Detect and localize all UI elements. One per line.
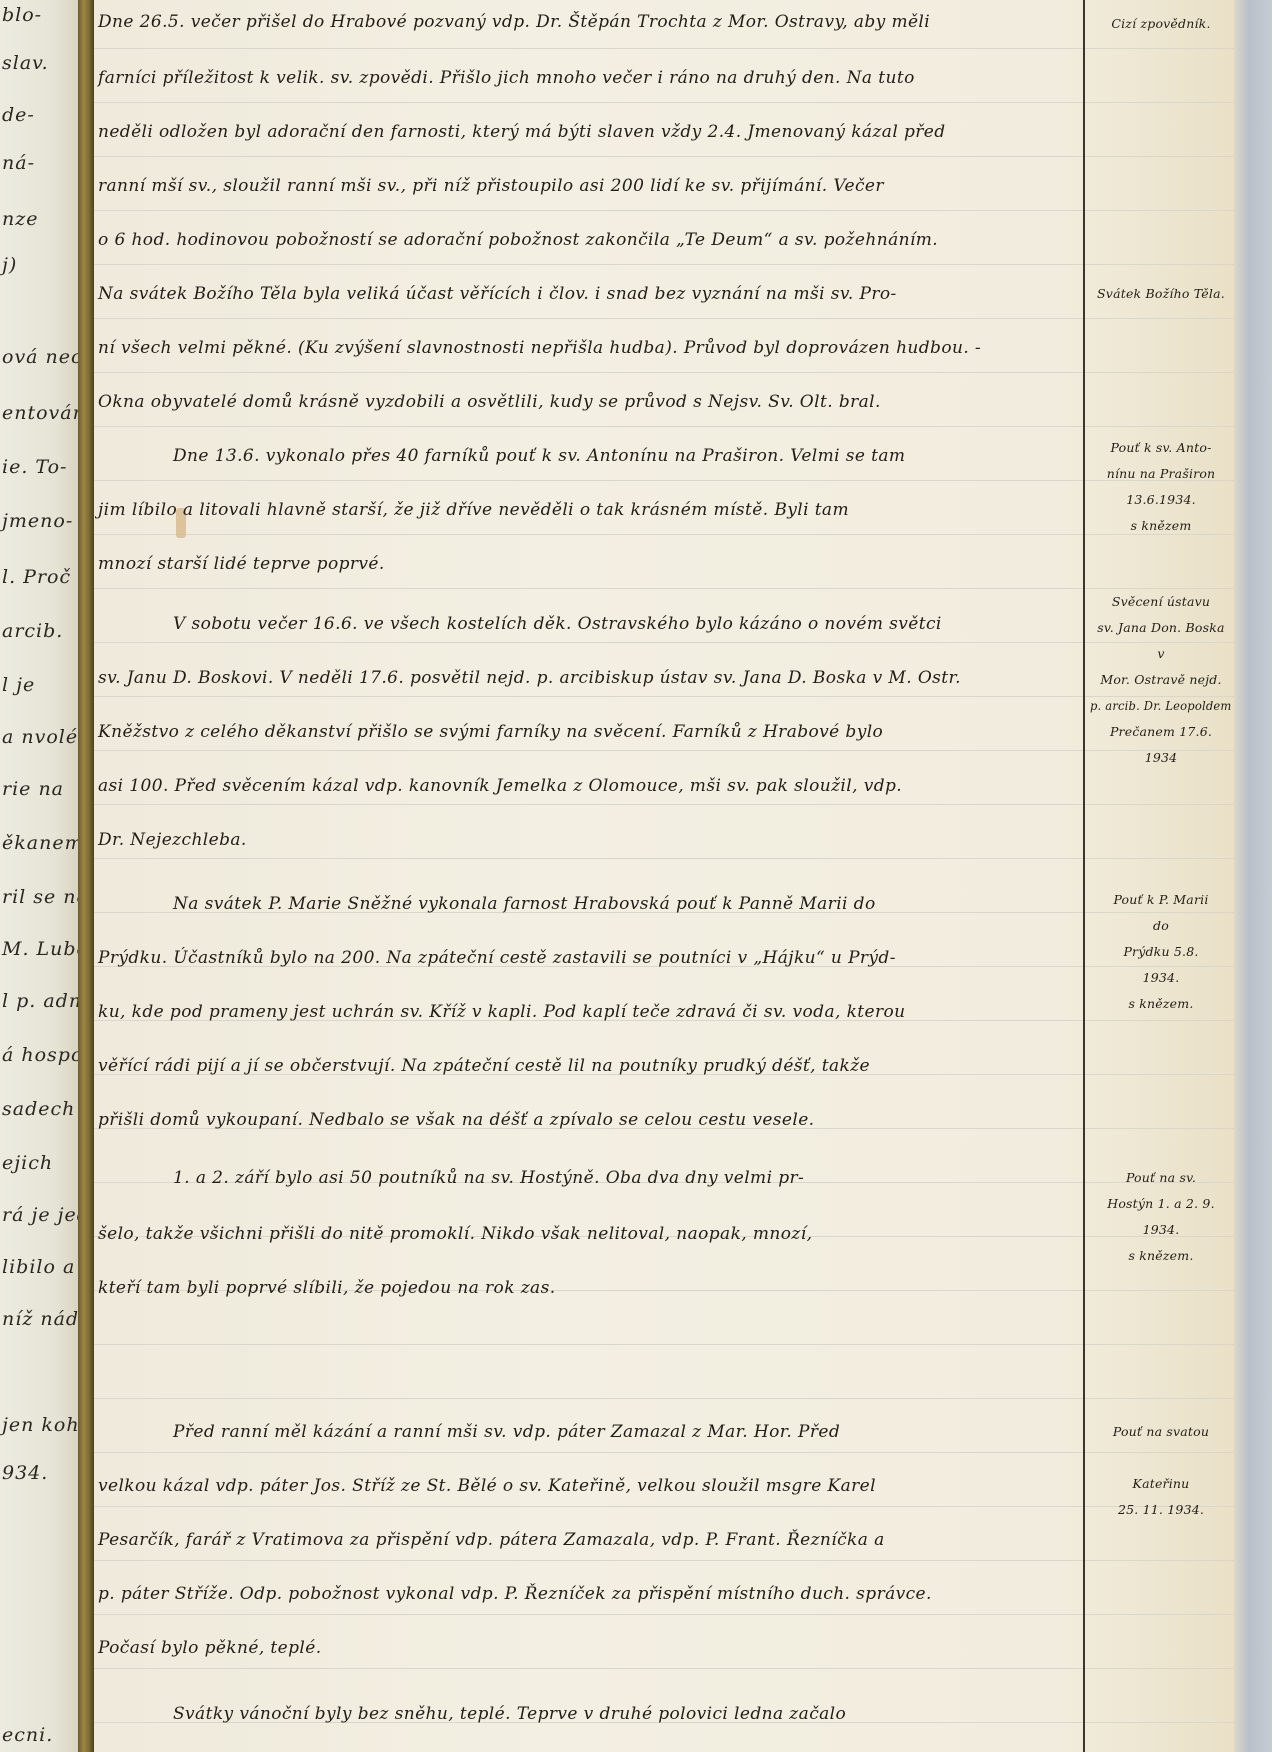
left-page-text-fragment: slav. [2,52,49,74]
chronicle-text-line: kteří tam byli poprvé slíbili, že pojedo… [98,1278,1078,1298]
chronicle-text-line: V sobotu večer 16.6. ve všech kostelích … [98,614,1078,634]
ruled-line [94,1668,1234,1669]
book-binding-gutter [78,0,94,1752]
margin-note-line: Pouť k sv. Anto- [1090,440,1232,455]
left-page-text-fragment: rie na [2,778,64,800]
margin-note-line: Svěcení ústavu [1090,594,1232,609]
chronicle-text-line: věřící rádi pijí a jí se občerstvují. Na… [98,1056,1078,1076]
left-page-text-fragment: ěkanem [2,832,78,854]
chronicle-text-line: přišli domů vykoupaní. Nedbalo se však n… [98,1110,1078,1130]
chronicle-text-line: Prýdku. Účastníků bylo na 200. Na zpáteč… [98,948,1078,968]
ruled-line [94,264,1234,265]
left-page-text-fragment: l je [2,674,35,696]
chronicle-text-line: ranní mší sv., sloužil ranní mši sv., př… [98,176,1078,196]
left-page-text-fragment: l p. admi [2,990,78,1012]
chronicle-text-line: o 6 hod. hodinovou pobožností se adoračn… [98,230,1078,250]
left-page-text-fragment: níž nádh [2,1308,78,1330]
margin-divider-line [1083,0,1085,1752]
left-page-text-fragment: l. Proč [2,566,71,588]
left-page-text-fragment: 934. [2,1462,48,1484]
left-page-text-fragment: ová neo [2,346,78,368]
margin-note-line: s knězem. [1090,996,1232,1011]
margin-note-line: Cizí zpovědník. [1090,16,1232,31]
margin-note-line: v [1090,646,1232,661]
left-page-text-fragment: libilo a [2,1256,75,1278]
margin-note-line: Mor. Ostravě nejd. [1090,672,1232,687]
chronicle-text-line: 1. a 2. září bylo asi 50 poutníků na sv.… [98,1168,1078,1188]
ruled-line [94,156,1234,157]
chronicle-text-line: jim líbilo a litovali hlavně starší, že … [98,500,1078,520]
chronicle-text-line: Svátky vánoční byly bez sněhu, teplé. Te… [98,1704,1078,1724]
chronicle-text-line: p. páter Stříže. Odp. pobožnost vykonal … [98,1584,1078,1604]
margin-note-line: 25. 11. 1934. [1090,1502,1232,1517]
ruled-line [94,480,1234,481]
left-page-text-fragment: ejich [2,1152,53,1174]
left-page-text-fragment: á hospoda [2,1044,78,1066]
margin-note-line: 13.6.1934. [1090,492,1232,507]
margin-note-line: s knězem. [1090,1248,1232,1263]
ruled-line [94,1344,1234,1345]
left-page-text-fragment: de- [2,104,35,126]
ruled-line [94,372,1234,373]
chronicle-text-line: farníci příležitost k velik. sv. zpovědi… [98,68,1078,88]
left-page-text-fragment: ná- [2,152,35,174]
margin-note-line: 1934. [1090,1222,1232,1237]
ruled-line [94,588,1234,589]
ruled-line [94,534,1234,535]
left-page-text-fragment: jen koho [2,1414,78,1436]
chronicle-text-line: Kněžstvo z celého děkanství přišlo se sv… [98,722,1078,742]
left-page-text-fragment: rá je jed [2,1204,78,1226]
ruled-line [94,318,1234,319]
ruled-line [94,210,1234,211]
left-page-text-fragment: nze [2,208,39,230]
left-page-text-fragment: arcib. [2,620,63,642]
chronicle-text-line: sv. Janu D. Boskovi. V neděli 17.6. posv… [98,668,1078,688]
chronicle-text-line: Dne 13.6. vykonalo přes 40 farníků pouť … [98,446,1078,466]
chronicle-text-line: Před ranní měl kázání a ranní mši sv. vd… [98,1422,1078,1442]
ruled-line [94,804,1234,805]
ruled-line [94,1506,1234,1507]
ruled-line [94,858,1234,859]
chronicle-text-line: mnozí starší lidé teprve poprvé. [98,554,1078,574]
chronicle-text-line: velkou kázal vdp. páter Jos. Stříž ze St… [98,1476,1078,1496]
margin-note-line: Prýdku 5.8. [1090,944,1232,959]
margin-note-line: Svátek Božího Těla. [1090,286,1232,301]
margin-note-line: Pouť k P. Marii [1090,892,1232,907]
margin-note-line: s knězem [1090,518,1232,533]
ruled-line [94,1560,1234,1561]
margin-note-line: Pouť na sv. [1090,1170,1232,1185]
chronicle-text-line: Pesarčík, farář z Vratimova za přispění … [98,1530,1078,1550]
left-page-text-fragment: blo- [2,4,42,26]
left-page-text-fragment: entován [2,402,78,424]
left-page-text-fragment: ril se než [2,886,78,908]
margin-note-line: 1934 [1090,750,1232,765]
margin-note-line: Prečanem 17.6. [1090,724,1232,739]
left-page-text-fragment: ie. To- [2,456,67,478]
left-page-text-fragment: sadech me [2,1098,78,1120]
chronicle-text-line: Dne 26.5. večer přišel do Hrabové pozvan… [98,12,1078,32]
margin-note-line: sv. Jana Don. Boska [1090,620,1232,635]
left-page-text-fragment: j) [2,254,17,276]
ruled-line [94,48,1234,49]
chronicle-text-line: ní všech velmi pěkné. (Ku zvýšení slavno… [98,338,1078,358]
chronicle-text-line: Dr. Nejezchleba. [98,830,1078,850]
ruled-line [94,426,1234,427]
left-page-text-fragment: a nvolé [2,726,78,748]
margin-note-line: 1934. [1090,970,1232,985]
chronicle-text-line: Na svátek P. Marie Sněžné vykonala farno… [98,894,1078,914]
ruled-line [94,696,1234,697]
chronicle-text-line: neděli odložen byl adorační den farnosti… [98,122,1078,142]
ruled-line [94,1398,1234,1399]
page-edge-background [1234,0,1272,1752]
left-page-text-fragment: jmeno- [2,510,73,532]
margin-note-line: p. arcib. Dr. Leopoldem [1090,698,1221,713]
margin-note-line: Pouť na svatou [1090,1424,1232,1439]
ruled-line [94,1452,1234,1453]
chronicle-text-line: ku, kde pod prameny jest uchrán sv. Kříž… [98,1002,1078,1022]
margin-note-line: Kateřinu [1090,1476,1232,1491]
chronicle-text-line: Okna obyvatelé domů krásně vyzdobili a o… [98,392,1078,412]
chronicle-text-line: šelo, takže všichni přišli do nitě promo… [98,1224,1078,1244]
ruled-line [94,1614,1234,1615]
left-page-edge: blo-slav.de-ná-nzej)ová neoentovánie. To… [0,0,78,1752]
margin-note-line: Hostýn 1. a 2. 9. [1090,1196,1232,1211]
ruled-line [94,642,1234,643]
ruled-line [94,102,1234,103]
left-page-text-fragment: ecni. [2,1724,53,1746]
ruled-line [94,750,1234,751]
chronicle-text-line: Na svátek Božího Těla byla veliká účast … [98,284,1078,304]
chronicle-text-line: Počasí bylo pěkné, teplé. [98,1638,1078,1658]
margin-note-line: nínu na Praširon [1090,466,1232,481]
margin-note-line: do [1090,918,1232,933]
left-page-text-fragment: M. Luboje [2,938,78,960]
chronicle-text-line: asi 100. Před svěcením kázal vdp. kanovn… [98,776,1078,796]
